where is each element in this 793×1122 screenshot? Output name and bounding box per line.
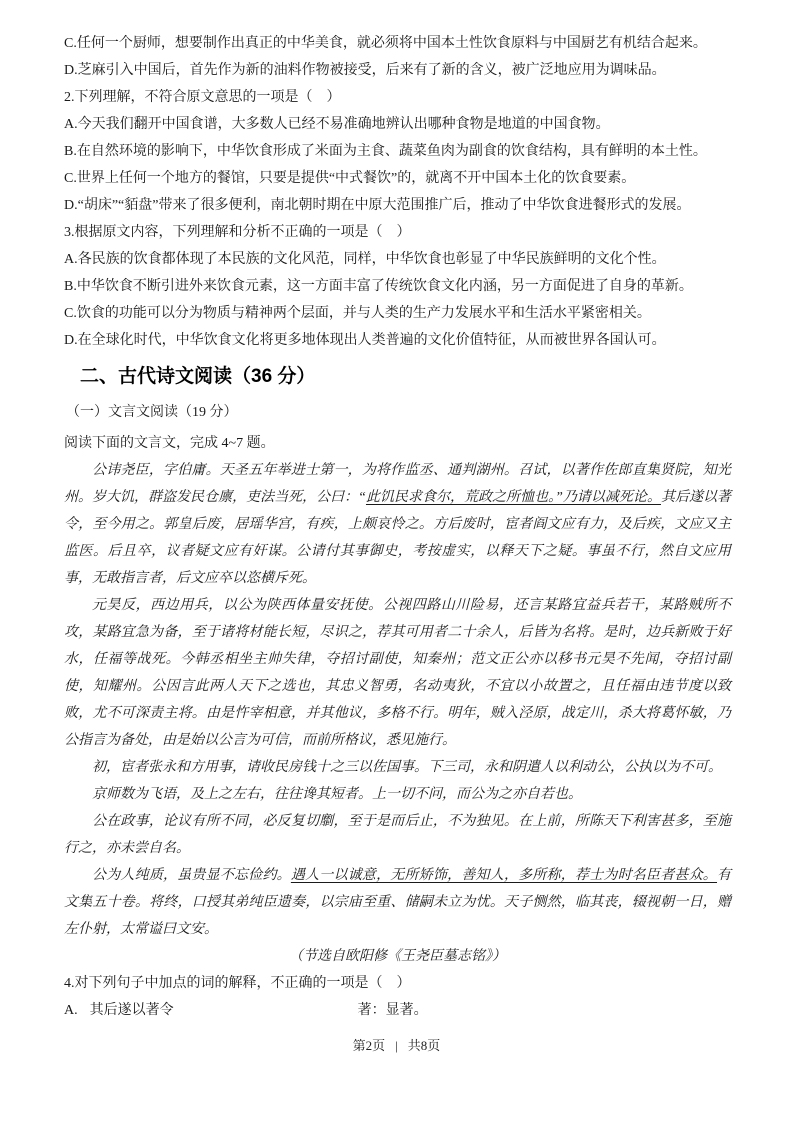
q3-option-b: B.中华饮食不断引进外来饮食元素，这一方面丰富了传统饮食文化内涵，另一方面促进了…: [64, 273, 731, 300]
q3-option-a: A.各民族的饮食都体现了本民族的文化风范，同样，中华饮食也彰显了中华民族鲜明的文…: [64, 246, 731, 273]
passage-paragraph-4: 京师数为飞语，及上之左右，往往谗其短者。上一切不问，而公为之亦自若也。: [64, 781, 731, 808]
q1-option-d: D.芝麻引入中国后，首先作为新的油料作物被接受，后来有了新的含义，被广泛地应用为…: [64, 57, 731, 84]
passage-paragraph-2: 元昊反，西边用兵，以公为陕西体量安抚使。公视四路山川险易，还言某路宜益兵若干，某…: [64, 592, 731, 754]
underlined-sentence-2: 遇人一以诚意，无所矫饰，善知人，多所称，荐士为时名臣者甚众。: [291, 868, 717, 883]
q4-option-a-phrase: 其后遂以著令: [90, 1003, 174, 1018]
q3-option-c: C.饮食的功能可以分为物质与精神两个层面，并与人类的生产力发展水平和生活水平紧密…: [64, 300, 731, 327]
exam-paper-page: C.任何一个厨师，想要制作出真正的中华美食，就必须将中国本土性饮食原料与中国厨艺…: [0, 0, 793, 1122]
page-content: C.任何一个厨师，想要制作出真正的中华美食，就必须将中国本土性饮食原料与中国厨艺…: [0, 0, 793, 1024]
passage-text: 公为人纯质，虽贵显不忘俭约。: [92, 868, 291, 883]
footer-total-pages: 共8页: [408, 1038, 441, 1053]
passage-paragraph-3: 初，宦者张永和方用事，请收民房钱十之三以佐国事。下三司，永和阴遣人以利动公，公执…: [64, 754, 731, 781]
footer-page-number: 第2页: [353, 1038, 386, 1053]
q3-option-d: D.在全球化时代，中华饮食文化将更多地体现出人类普遍的文化价值特征，从而被世界各…: [64, 327, 731, 354]
underlined-sentence-1: 此饥民求食尔，荒政之所恤也。”乃请以减死论。: [366, 490, 661, 505]
subsection-heading-classical-reading: （一）文言文阅读（19 分）: [64, 399, 731, 426]
q4-option-a-label: A.: [64, 1003, 78, 1018]
passage-paragraph-5: 公在政事，论议有所不同，必反复切劘，至于是而后止，不为独见。在上前，所陈天下利害…: [64, 808, 731, 862]
q4-option-a: A.其后遂以著令著：显著。: [64, 997, 731, 1024]
q4-option-a-gloss: 著：显著。: [358, 1003, 428, 1018]
question-3-stem: 3.根据原文内容，下列理解和分析不正确的一项是（ ）: [64, 219, 731, 246]
q2-option-a: A.今天我们翻开中国食谱，大多数人已经不易准确地辨认出哪种食物是地道的中国食物。: [64, 111, 731, 138]
passage-paragraph-1: 公讳尧臣，字伯庸。天圣五年举进士第一，为将作监丞、通判湖州。召试，以著作佐郎直集…: [64, 457, 731, 592]
section-heading-ancient-poetry: 二、古代诗文阅读（36 分）: [64, 362, 731, 392]
passage-instruction: 阅读下面的文言文，完成 4~7 题。: [64, 430, 731, 457]
passage-paragraph-6: 公为人纯质，虽贵显不忘俭约。遇人一以诚意，无所矫饰，善知人，多所称，荐士为时名臣…: [64, 862, 731, 943]
q1-option-c: C.任何一个厨师，想要制作出真正的中华美食，就必须将中国本土性饮食原料与中国厨艺…: [64, 30, 731, 57]
question-4-stem: 4.对下列句子中加点的词的解释，不正确的一项是（ ）: [64, 970, 731, 997]
q2-option-c: C.世界上任何一个地方的餐馆，只要是提供“中式餐饮”的，就离不开中国本土化的饮食…: [64, 165, 731, 192]
footer-separator: |: [395, 1038, 398, 1053]
passage-source-attribution: （节选自欧阳修《王尧臣墓志铭》）: [64, 943, 731, 970]
q2-option-b: B.在自然环境的影响下，中华饮食形成了米面为主食、蔬菜鱼肉为副食的饮食结构，具有…: [64, 138, 731, 165]
question-2-stem: 2.下列理解，不符合原文意思的一项是（ ）: [64, 84, 731, 111]
q2-option-d: D.“胡床”“貊盘”带来了很多便利，南北朝时期在中原大范围推广后，推动了中华饮食…: [64, 192, 731, 219]
page-footer: 第2页|共8页: [0, 1032, 793, 1059]
